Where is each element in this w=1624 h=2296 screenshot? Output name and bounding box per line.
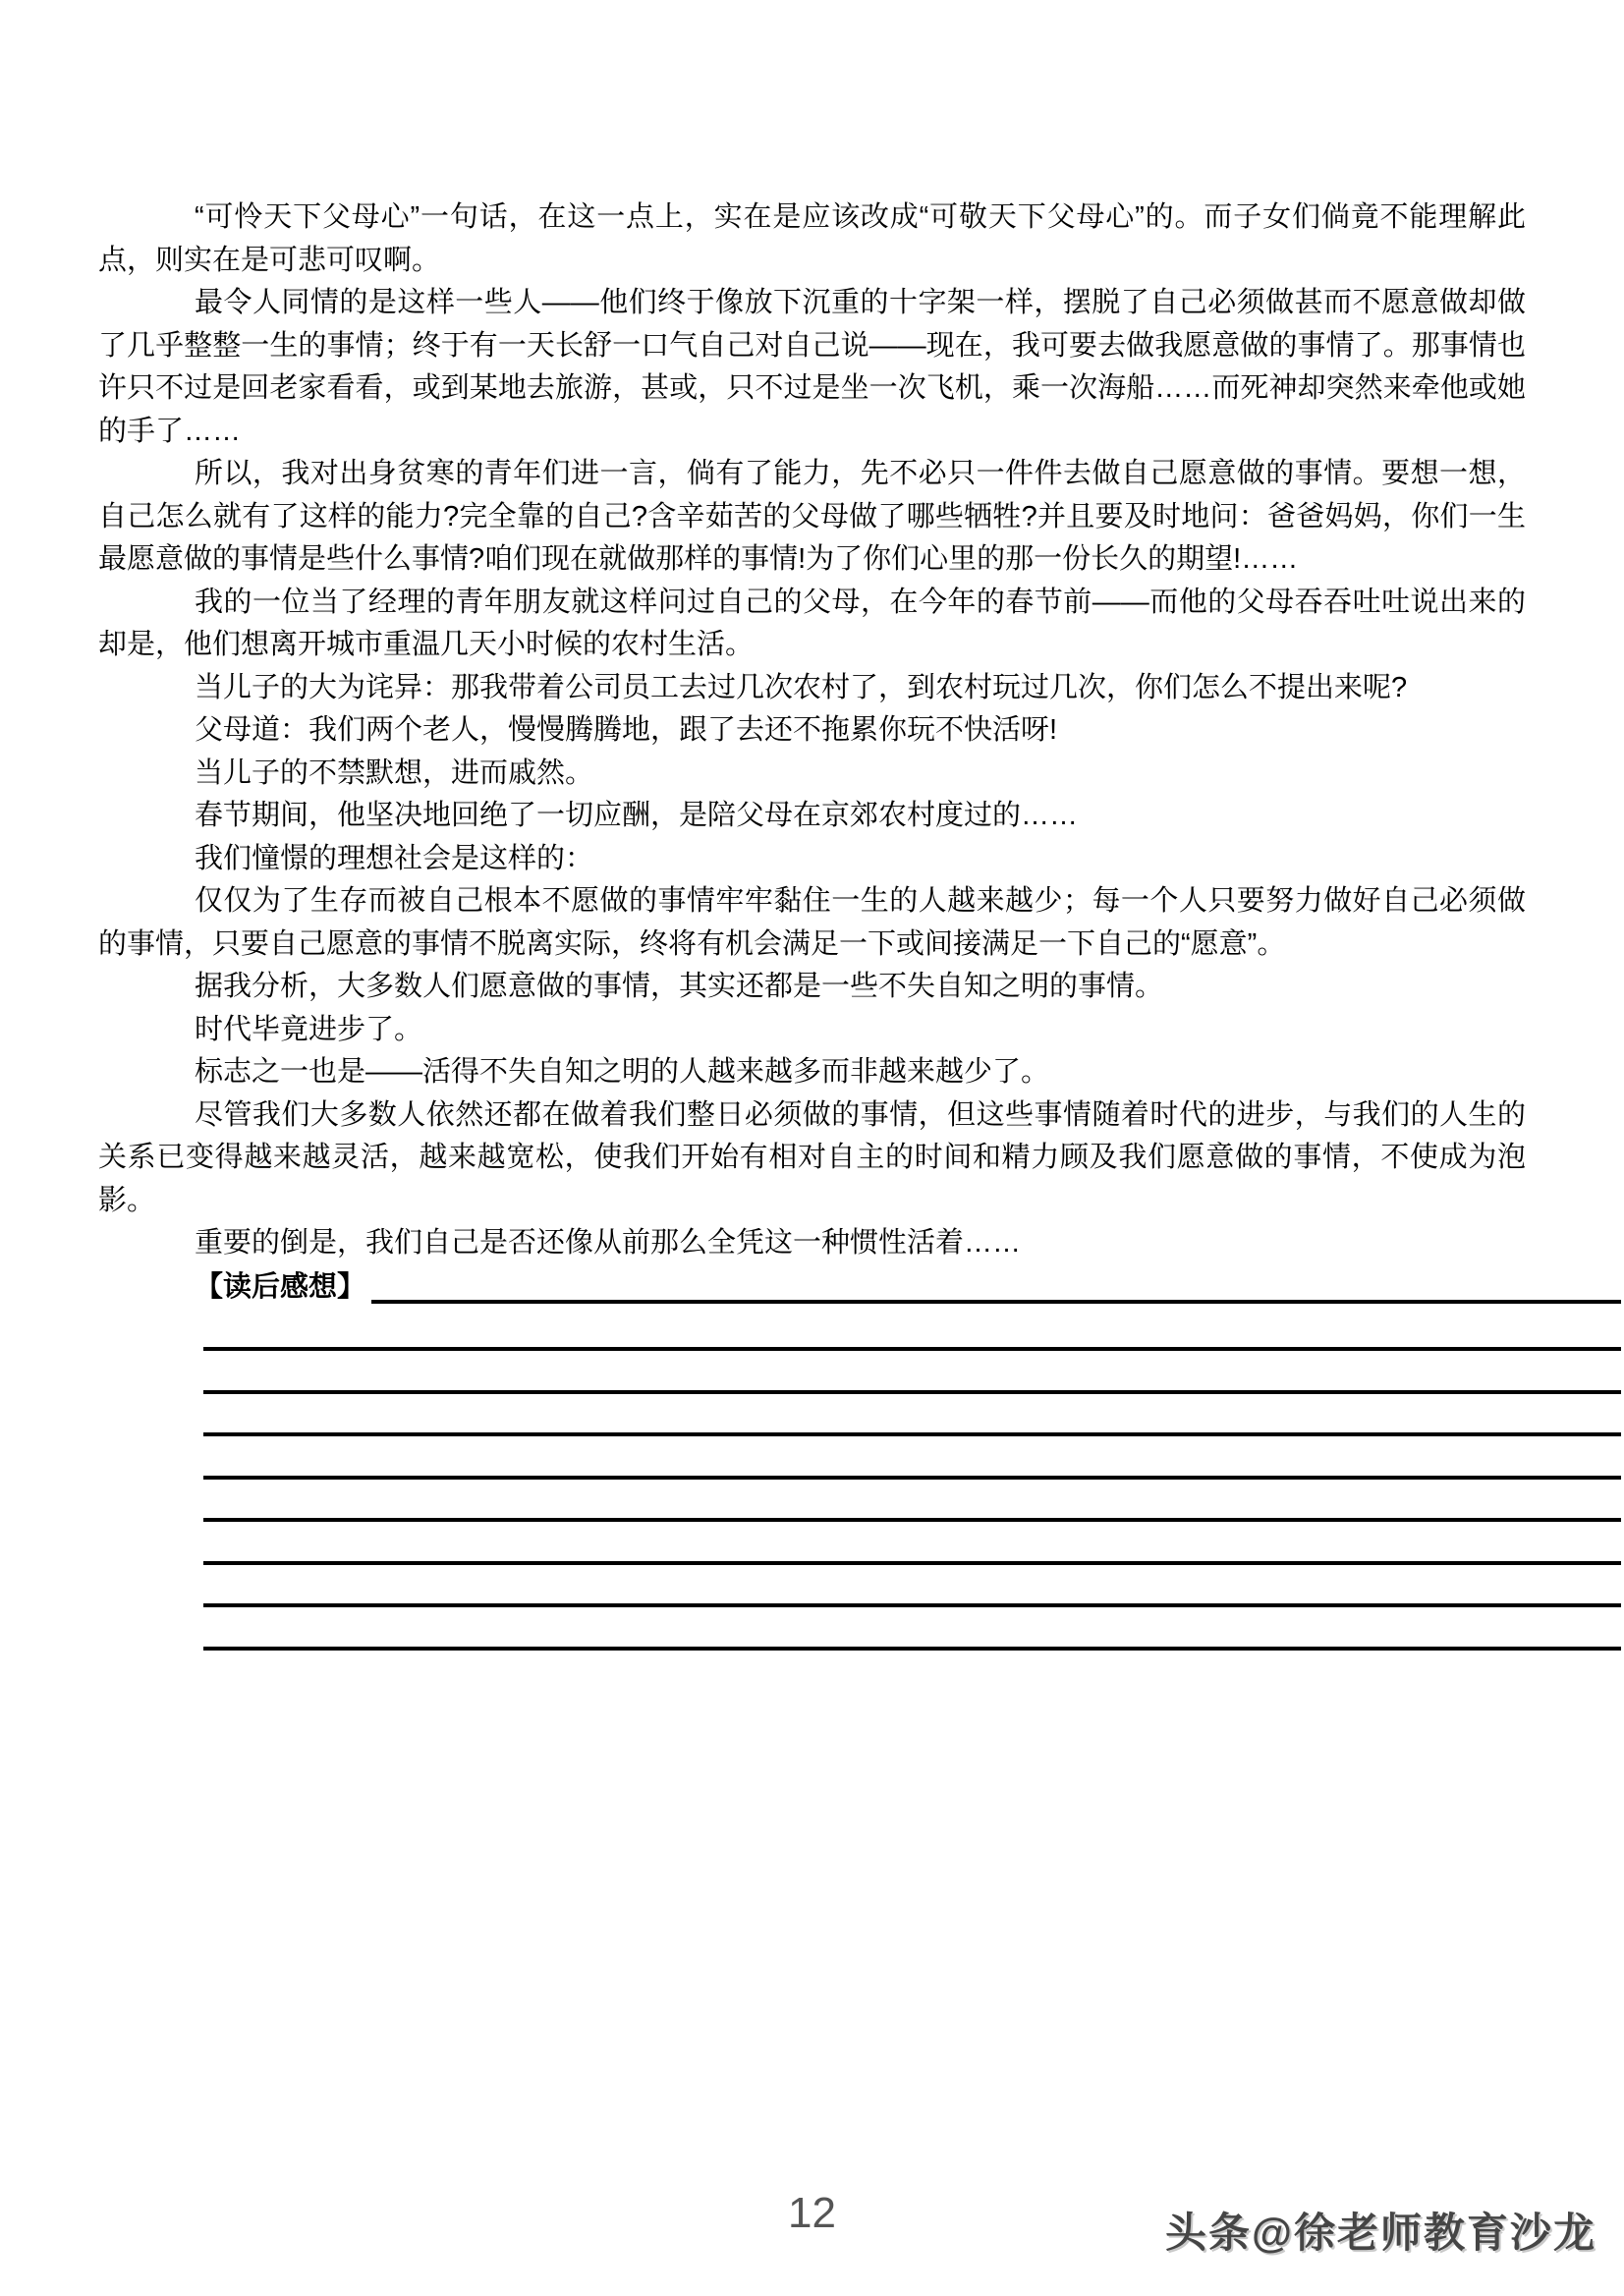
reflection-underline (371, 1300, 1621, 1304)
essay-paragraph: 最令人同情的是这样一些人——他们终于像放下沉重的十字架一样，摆脱了自己必须做甚而… (98, 282, 1526, 453)
essay-paragraph: 据我分析，大多数人们愿意做的事情，其实还都是一些不失自知之明的事情。 (98, 966, 1526, 1009)
essay-body: “可怜天下父母心”一句话，在这一点上，实在是应该改成“可敬天下父母心”的。而子女… (98, 196, 1526, 1265)
answer-lines (203, 1309, 1621, 1651)
essay-paragraph: “可怜天下父母心”一句话，在这一点上，实在是应该改成“可敬天下父母心”的。而子女… (98, 196, 1526, 282)
answer-blank-line (203, 1394, 1621, 1437)
essay-paragraph: 当儿子的大为诧异：那我带着公司员工去过几次农村了，到农村玩过几次，你们怎么不提出… (98, 667, 1526, 710)
answer-blank-line (203, 1436, 1621, 1480)
answer-blank-line (203, 1351, 1621, 1394)
answer-blank-line (203, 1565, 1621, 1608)
essay-paragraph: 尽管我们大多数人依然还都在做着我们整日必须做的事情，但这些事情随着时代的进步，与… (98, 1094, 1526, 1223)
essay-paragraph: 当儿子的不禁默想，进而戚然。 (98, 753, 1526, 796)
essay-paragraph: 仅仅为了生存而被自己根本不愿做的事情牢牢黏住一生的人越来越少；每一个人只要努力做… (98, 880, 1526, 966)
answer-blank-line (203, 1607, 1621, 1651)
answer-blank-line (203, 1480, 1621, 1523)
worksheet-page: “可怜天下父母心”一句话，在这一点上，实在是应该改成“可敬天下父母心”的。而子女… (0, 0, 1624, 2296)
answer-blank-line (203, 1522, 1621, 1565)
watermark: 头条@徐老师教育沙龙 (1165, 2201, 1596, 2260)
answer-blank-line (203, 1309, 1621, 1352)
reflection-section: 【读后感想】 (98, 1265, 1621, 1309)
essay-paragraph: 春节期间，他坚决地回绝了一切应酬，是陪父母在京郊农村度过的…… (98, 795, 1526, 838)
essay-paragraph: 父母道：我们两个老人，慢慢腾腾地，跟了去还不拖累你玩不快活呀! (98, 709, 1526, 753)
essay-paragraph: 重要的倒是，我们自己是否还像从前那么全凭这一种惯性活着…… (98, 1222, 1526, 1265)
essay-paragraph: 所以，我对出身贫寒的青年们进一言，倘有了能力，先不必只一件件去做自己愿意做的事情… (98, 453, 1526, 582)
essay-paragraph: 我们憧憬的理想社会是这样的： (98, 838, 1526, 881)
reflection-label: 【读后感想】 (98, 1265, 365, 1309)
essay-content: “可怜天下父母心”一句话，在这一点上，实在是应该改成“可敬天下父母心”的。而子女… (98, 196, 1526, 1651)
essay-paragraph: 我的一位当了经理的青年朋友就这样问过自己的父母，在今年的春节前——而他的父母吞吞… (98, 582, 1526, 667)
essay-paragraph: 时代毕竟进步了。 (98, 1009, 1526, 1052)
essay-paragraph: 标志之一也是——活得不失自知之明的人越来越多而非越来越少了。 (98, 1051, 1526, 1094)
